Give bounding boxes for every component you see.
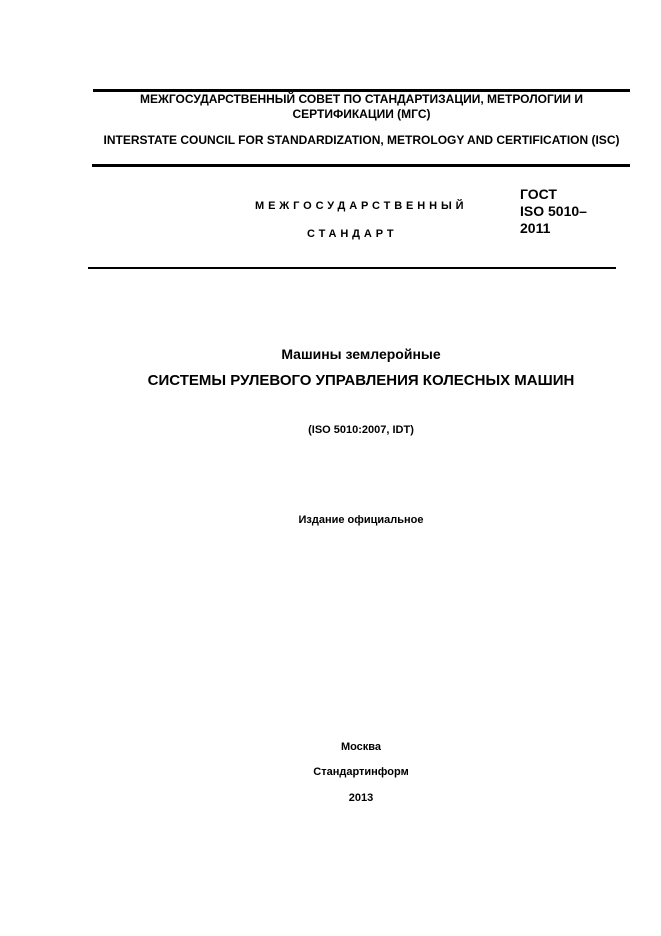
- gost-designation-line: ISO 5010–: [520, 203, 587, 220]
- imprint-publisher: Стандартинформ: [0, 766, 661, 778]
- gost-designation-line: ГОСТ: [520, 186, 587, 203]
- gost-designation: ГОСТ ISO 5010– 2011: [520, 186, 587, 237]
- standard-label: СТАНДАРТ: [307, 228, 397, 240]
- interstate-label: МЕЖГОСУДАРСТВЕННЫЙ: [255, 200, 467, 212]
- header-bottom-rule: [92, 164, 630, 167]
- standard-block-rule: [88, 267, 616, 269]
- gost-designation-line: 2011: [520, 220, 587, 237]
- imprint-city: Москва: [0, 741, 661, 753]
- iso-reference: (ISO 5010:2007, IDT): [0, 424, 661, 436]
- document-title: СИСТЕМЫ РУЛЕВОГО УПРАВЛЕНИЯ КОЛЕСНЫХ МАШ…: [0, 372, 661, 389]
- edition-label: Издание официальное: [0, 514, 661, 526]
- document-subtitle: Машины землеройные: [0, 346, 661, 362]
- council-name-russian: МЕЖГОСУДАРСТВЕННЫЙ СОВЕТ ПО СТАНДАРТИЗАЦ…: [93, 92, 630, 122]
- council-name-english: INTERSTATE COUNCIL FOR STANDARDIZATION, …: [93, 133, 630, 148]
- imprint-year: 2013: [0, 792, 661, 804]
